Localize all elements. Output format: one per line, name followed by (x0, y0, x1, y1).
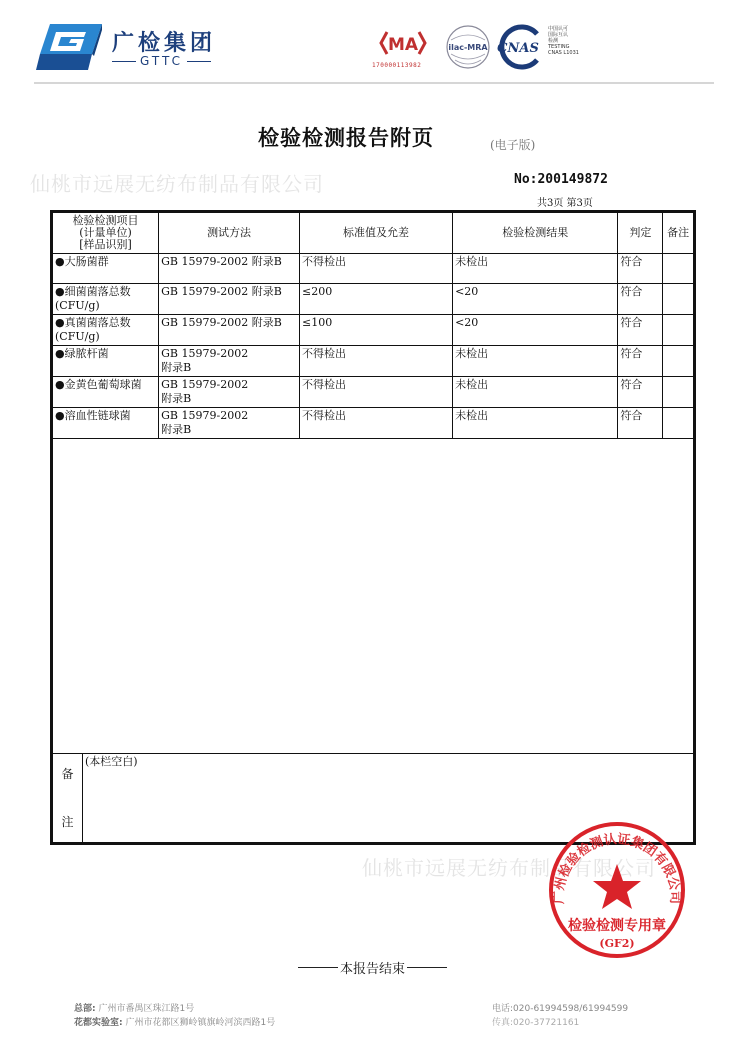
cell-note (663, 315, 694, 346)
table-row: ●真菌菌落总数(CFU/g)GB 15979-2002 附录B≤100<20符合 (53, 315, 694, 346)
ilac-mra-logo-icon: ilac-MRA (445, 24, 491, 70)
phone-number: 电话:020-61994598/61994599 (492, 1001, 628, 1014)
cell-note (663, 254, 694, 284)
cnas-accreditation-note: 中国认可 国际互认 检测 TESTING CNAS L1031 (548, 26, 588, 56)
gttc-logo-icon (36, 24, 102, 70)
report-end-marker: 本报告结束 (298, 958, 447, 977)
cell-standard: ≤200 (299, 284, 452, 315)
svg-text:ilac-MRA: ilac-MRA (448, 43, 488, 52)
cell-judgement: 符合 (618, 284, 663, 315)
cell-item: ●溶血性链球菌 (53, 408, 159, 439)
cell-method: GB 15979-2002 附录B (159, 284, 300, 315)
official-seal-icon: 广州检验检测认证集团有限公司 检验检测专用章 (GF2) (543, 820, 691, 960)
cell-item: ●绿脓杆菌 (53, 346, 159, 377)
cell-result: <20 (453, 315, 618, 346)
cnas-logo-icon: CNAS (493, 24, 543, 70)
table-header-row: 检验检测项目(计量单位)[样品识别] 测试方法 标准值及允差 检验检测结果 判定… (53, 213, 694, 254)
fax-number: 传真:020-37721161 (492, 1015, 579, 1028)
table-row: ●绿脓杆菌GB 15979-2002附录B不得检出未检出符合 (53, 346, 694, 377)
svg-text:CNAS: CNAS (497, 41, 539, 56)
cell-method: GB 15979-2002 附录B (159, 254, 300, 284)
cell-standard: ≤100 (299, 315, 452, 346)
cell-method: GB 15979-2002附录B (159, 377, 300, 408)
table-row: ●大肠菌群GB 15979-2002 附录B不得检出未检出符合 (53, 254, 694, 284)
cell-note (663, 346, 694, 377)
cell-note (663, 408, 694, 439)
table-row: ●溶血性链球菌GB 15979-2002附录B不得检出未检出符合 (53, 408, 694, 439)
cell-standard: 不得检出 (299, 254, 452, 284)
cell-judgement: 符合 (618, 315, 663, 346)
cell-item: ●真菌菌落总数(CFU/g) (53, 315, 159, 346)
cell-result: 未检出 (453, 377, 618, 408)
cell-result: 未检出 (453, 254, 618, 284)
cell-standard: 不得检出 (299, 377, 452, 408)
table-row: ●细菌菌落总数(CFU/g)GB 15979-2002 附录B≤200<20符合 (53, 284, 694, 315)
header-result: 检验检测结果 (453, 213, 618, 254)
svg-text:(GF2): (GF2) (599, 937, 634, 950)
brand-name-en: GTTC (112, 54, 211, 68)
cell-judgement: 符合 (618, 346, 663, 377)
edition-label: (电子版) (490, 136, 535, 153)
brand-name-cn: 广检集团 (112, 26, 216, 57)
report-number: No:200149872 (514, 172, 608, 187)
remarks-label: 备 注 (53, 754, 83, 843)
header-item: 检验检测项目(计量单位)[样品识别] (53, 213, 159, 254)
svg-text:检验检测专用章: 检验检测专用章 (568, 917, 666, 934)
cell-result: 未检出 (453, 408, 618, 439)
cell-item: ●金黄色葡萄球菌 (53, 377, 159, 408)
header-divider (34, 82, 714, 84)
cma-number: 170000113982 (372, 62, 421, 69)
cell-item: ●细菌菌落总数(CFU/g) (53, 284, 159, 315)
svg-text:MA: MA (388, 35, 419, 55)
watermark: 仙桃市远展无纺布制品有限公司 (30, 168, 324, 197)
results-table: 检验检测项目(计量单位)[样品识别] 测试方法 标准值及允差 检验检测结果 判定… (50, 210, 696, 845)
cell-method: GB 15979-2002附录B (159, 408, 300, 439)
cell-note (663, 377, 694, 408)
header-judgement: 判定 (618, 213, 663, 254)
cell-result: 未检出 (453, 346, 618, 377)
hq-address: 总部: 广州市番禺区珠江路1号 (74, 1001, 194, 1014)
cell-judgement: 符合 (618, 254, 663, 284)
cell-method: GB 15979-2002附录B (159, 346, 300, 377)
brand-abbrev: GTTC (140, 54, 183, 68)
page-title: 检验检测报告附页 (258, 122, 434, 152)
lab-address: 花都实验室: 广州市花都区狮岭镇旗岭河滨西路1号 (74, 1015, 275, 1028)
header-standard: 标准值及允差 (299, 213, 452, 254)
cma-logo-icon: MA (377, 28, 429, 58)
header-note: 备注 (663, 213, 694, 254)
cell-standard: 不得检出 (299, 346, 452, 377)
cell-note (663, 284, 694, 315)
table-row: ●金黄色葡萄球菌GB 15979-2002附录B不得检出未检出符合 (53, 377, 694, 408)
cell-judgement: 符合 (618, 377, 663, 408)
cell-standard: 不得检出 (299, 408, 452, 439)
page-indicator: 共3页 第3页 (537, 194, 593, 209)
blank-table-area (52, 439, 694, 753)
cell-method: GB 15979-2002 附录B (159, 315, 300, 346)
cell-judgement: 符合 (618, 408, 663, 439)
cell-item: ●大肠菌群 (53, 254, 159, 284)
cell-result: <20 (453, 284, 618, 315)
header-method: 测试方法 (159, 213, 300, 254)
